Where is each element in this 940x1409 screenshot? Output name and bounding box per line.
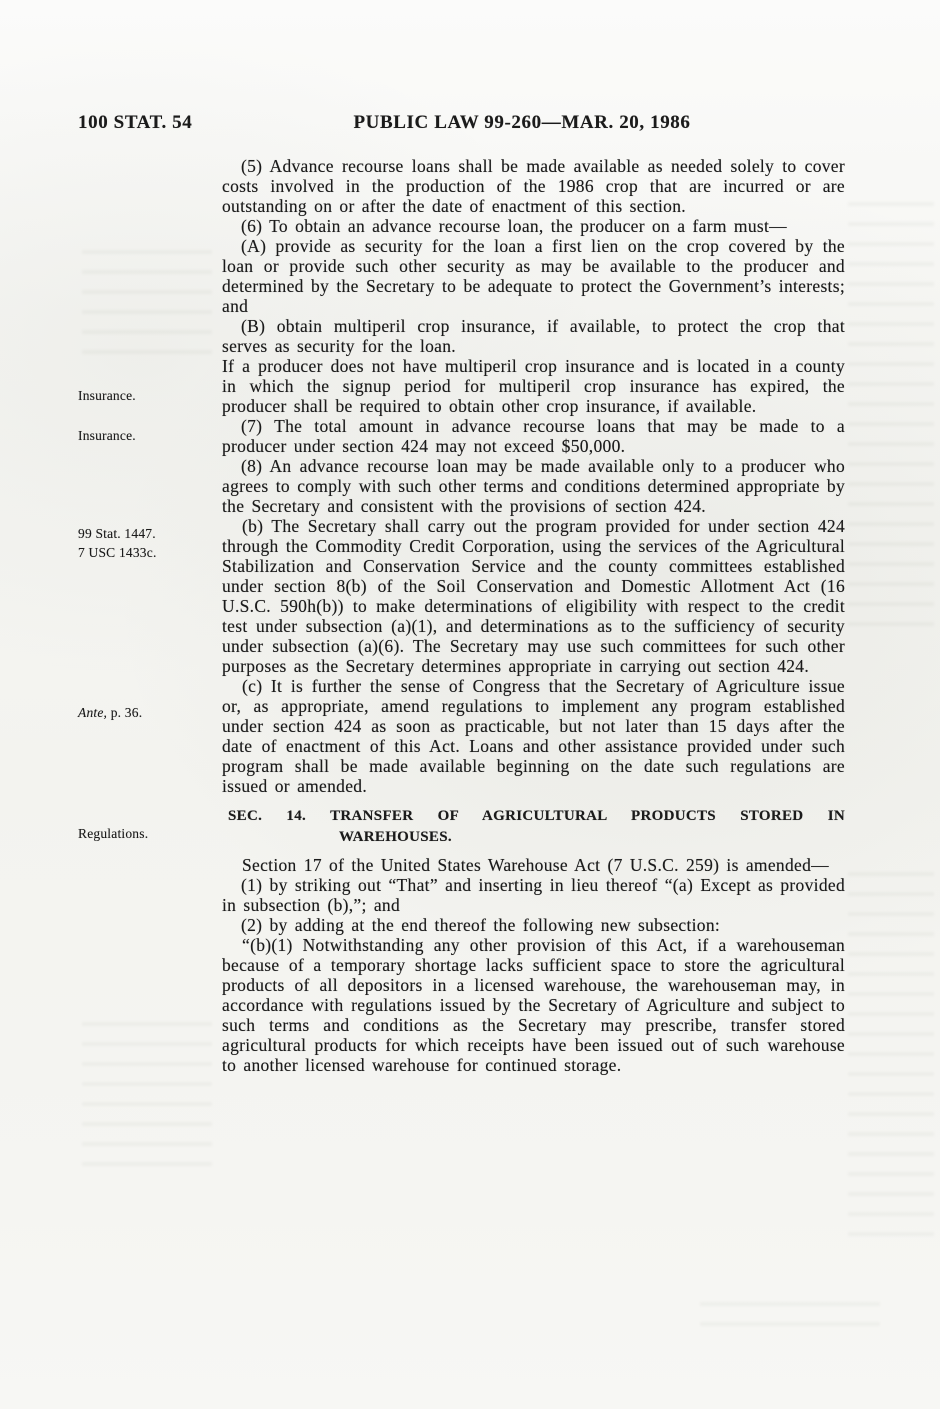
statute-subparagraph-6B: (B) obtain multiperil crop insurance, if… [222, 316, 845, 356]
amendment-item-1: (1) by striking out “That” and inserting… [222, 875, 845, 915]
margin-note-insurance-2: Insurance. [78, 426, 218, 445]
statute-paragraph-7: (7) The total amount in advance recourse… [222, 416, 845, 456]
statute-subsection-b: (b) The Secretary shall carry out the pr… [222, 516, 845, 676]
bleedthrough-smudge [848, 860, 934, 1240]
section-17-amendment-intro: Section 17 of the United States Warehous… [222, 855, 845, 875]
bleedthrough-smudge [82, 1010, 212, 1170]
section-14-heading: SEC. 14. TRANSFER OF AGRICULTURAL PRODUC… [222, 806, 845, 848]
bleedthrough-smudge [82, 238, 212, 368]
ante-italic-word: Ante, [78, 705, 107, 720]
section-14-heading-line1: SEC. 14. TRANSFER OF AGRICULTURAL PRODUC… [222, 806, 845, 827]
statute-paragraph-8: (8) An advance recourse loan may be made… [222, 456, 845, 516]
margin-note-insurance-1: Insurance. [78, 386, 218, 405]
running-head-law-title: PUBLIC LAW 99-260—MAR. 20, 1986 [222, 112, 822, 134]
citation-stat-line: 99 Stat. 1447. [78, 524, 218, 543]
margin-note-statute-citation: 99 Stat. 1447. 7 USC 1433c. [78, 524, 218, 562]
statute-subsection-c: (c) It is further the sense of Congress … [222, 676, 845, 796]
margin-note-regulations: Regulations. [78, 824, 218, 843]
statute-paragraph-6: (6) To obtain an advance recourse loan, … [222, 216, 845, 236]
ante-page-ref: p. 36. [107, 705, 142, 720]
statute-paragraph-5: (5) Advance recourse loans shall be made… [222, 156, 845, 216]
section-14-heading-line2: WAREHOUSES. [222, 827, 845, 848]
margin-note-ante-reference: Ante, p. 36. [78, 703, 218, 722]
quoted-new-subsection-b1: “(b)(1) Notwithstanding any other provis… [222, 935, 845, 1075]
citation-usc-line: 7 USC 1433c. [78, 543, 218, 562]
statute-subparagraph-6A: (A) provide as security for the loan a f… [222, 236, 845, 316]
scanned-statute-page: 100 STAT. 54 PUBLIC LAW 99-260—MAR. 20, … [0, 0, 940, 1409]
statute-paragraph-insurance-flush: If a producer does not have multiperil c… [222, 356, 845, 416]
running-head-stat-page: 100 STAT. 54 [78, 112, 192, 134]
bleedthrough-smudge [700, 1290, 880, 1330]
statute-text-column: (5) Advance recourse loans shall be made… [222, 156, 845, 1075]
bleedthrough-smudge [848, 190, 934, 630]
amendment-item-2: (2) by adding at the end thereof the fol… [222, 915, 845, 935]
